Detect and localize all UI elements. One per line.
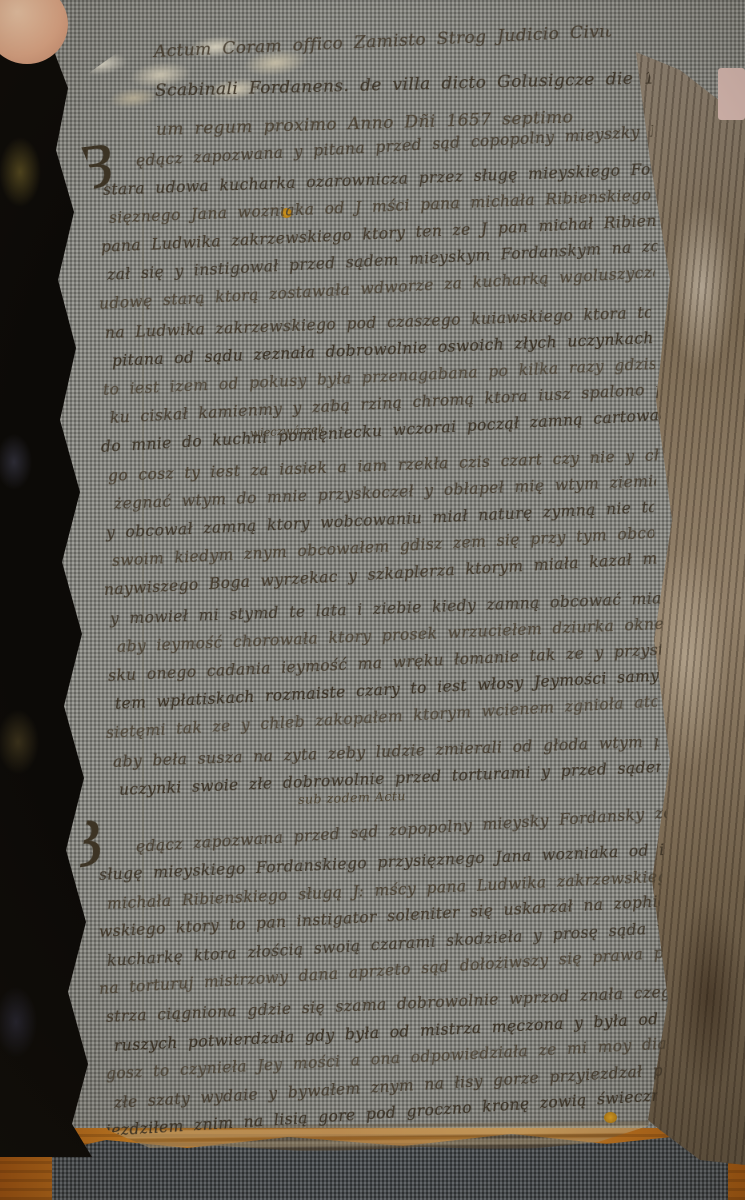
- manuscript-page: 2 Actum Coram offico Zamisto Strog Judic…: [0, 0, 745, 1200]
- manuscript-photograph: 2 Actum Coram offico Zamisto Strog Judic…: [0, 0, 745, 1200]
- page-number: 2: [630, 16, 639, 32]
- fingertip: [0, 0, 68, 64]
- pink-bookmark-tab: [718, 68, 745, 120]
- second-testimony-paragraph: ędącz zapozwana przed sąd zopopolny miey…: [0, 0, 745, 1200]
